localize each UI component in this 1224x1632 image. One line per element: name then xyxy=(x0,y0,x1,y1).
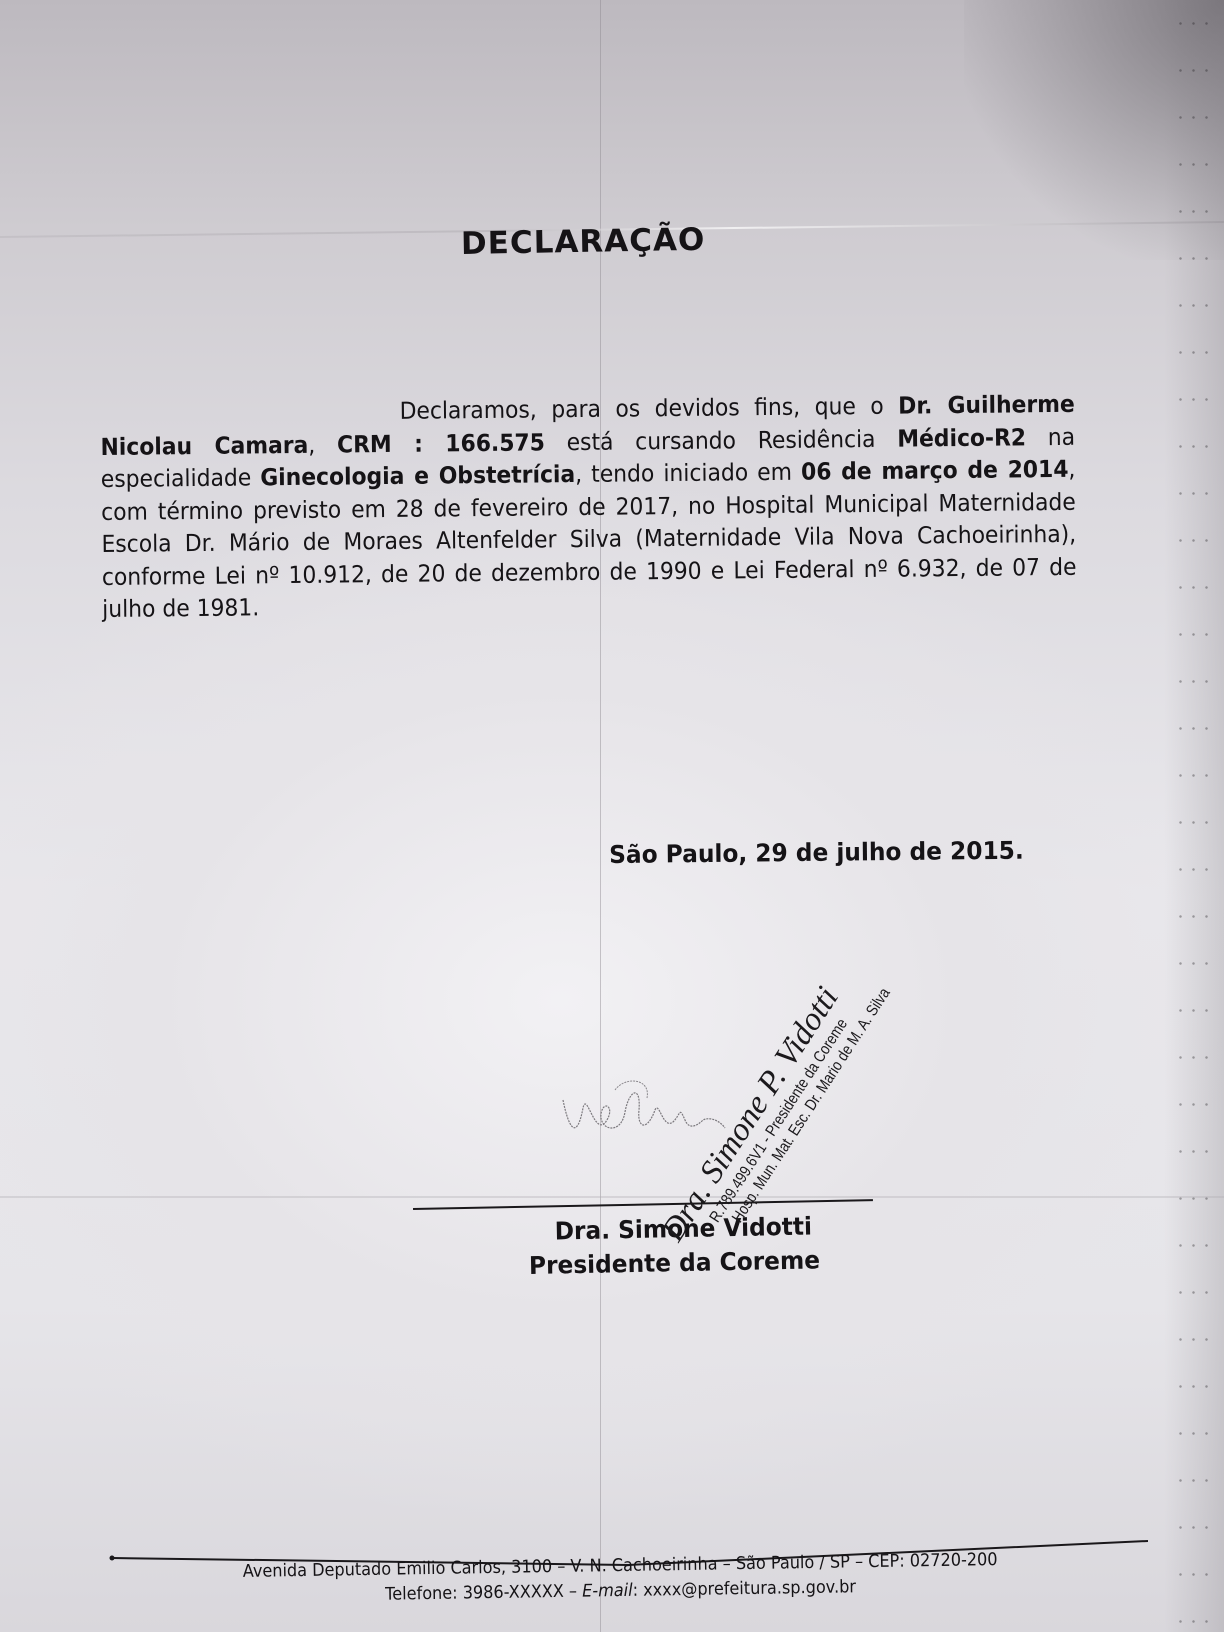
phone-number: 3986-XXXXX xyxy=(463,1582,564,1604)
date-line: São Paulo, 29 de julho de 2015. xyxy=(609,836,1024,869)
declaration-body: Declaramos, para os devidos fins, que o … xyxy=(100,388,1077,626)
body-text-1: está cursando Residência xyxy=(545,424,898,456)
paper-specks xyxy=(1174,0,1214,1632)
email-label: E-mail xyxy=(582,1581,633,1602)
body-intro: Declaramos, para os devidos fins, que o xyxy=(399,392,898,425)
paper-fold-horizontal-bottom xyxy=(0,1196,1224,1198)
body-separator: , xyxy=(308,430,337,458)
body-text-3: , tendo iniciado em xyxy=(575,458,801,488)
paragraph-indent xyxy=(100,419,399,422)
email-address: xxxx@prefeitura.sp.gov.br xyxy=(643,1577,856,1600)
phone-label: Telefone: xyxy=(385,1583,463,1604)
contact-separator: – xyxy=(564,1582,583,1602)
email-colon: : xyxy=(632,1581,643,1601)
residency-level: Médico-R2 xyxy=(897,423,1026,452)
document-title: DECLARAÇÃO xyxy=(461,222,706,262)
start-date: 06 de março de 2014 xyxy=(801,455,1069,486)
crm-number: CRM : 166.575 xyxy=(337,428,545,458)
signature-line xyxy=(413,1199,873,1210)
specialty: Ginecologia e Obstetrícia xyxy=(260,460,575,491)
signer-role: Presidente da Coreme xyxy=(503,1243,846,1284)
handwritten-signature xyxy=(555,1070,735,1150)
